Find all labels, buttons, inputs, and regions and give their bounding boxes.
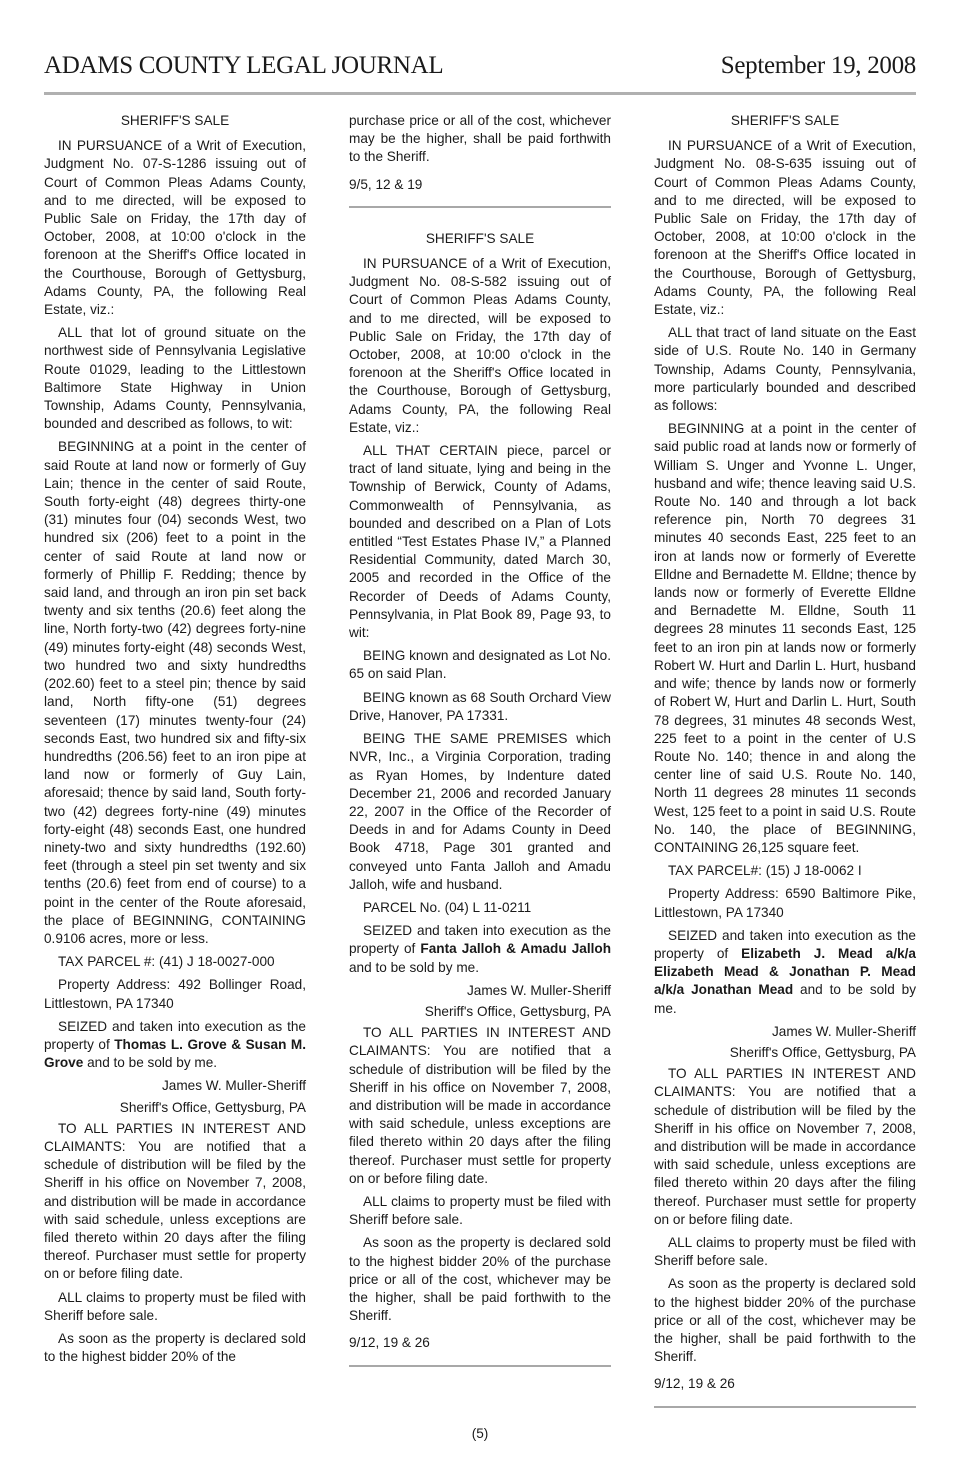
journal-header: ADAMS COUNTY LEGAL JOURNAL September 19,…: [44, 50, 916, 86]
signature-name: James W. Muller-Sheriff: [44, 1077, 306, 1095]
tax-parcel: TAX PARCEL #: (41) J 18-0027-000: [44, 953, 306, 971]
seized-statement: SEIZED and taken into execution as the p…: [349, 922, 611, 977]
publication-dates: 9/5, 12 & 19: [349, 176, 611, 194]
property-address: BEING known as 68 South Orchard View Dri…: [349, 689, 611, 725]
owner-names: Fanta Jalloh & Amadu Jalloh: [420, 941, 611, 956]
tax-parcel: PARCEL No. (04) L 11-0211: [349, 899, 611, 917]
notice-divider: [654, 1406, 916, 1408]
payment-notice: As soon as the property is declared sold…: [349, 1234, 611, 1325]
claims-notice: ALL claims to property must be filed wit…: [44, 1289, 306, 1325]
page-number: (5): [0, 1426, 960, 1441]
journal-title: ADAMS COUNTY LEGAL JOURNAL: [44, 52, 443, 80]
distribution-notice: TO ALL PARTIES IN INTEREST AND CLAIMANTS…: [349, 1024, 611, 1188]
claims-notice: ALL claims to property must be filed wit…: [654, 1234, 916, 1270]
payment-notice: As soon as the property is declared sold…: [654, 1275, 916, 1366]
signature-name: James W. Muller-Sheriff: [349, 982, 611, 1000]
metes-and-bounds: BEGINNING at a point in the center of sa…: [44, 438, 306, 948]
property-description: ALL that lot of ground situate on the no…: [44, 324, 306, 433]
notice-heading: SHERIFF'S SALE: [349, 230, 611, 248]
publication-dates: 9/12, 19 & 26: [349, 1334, 611, 1352]
seized-statement: SEIZED and taken into execution as the p…: [44, 1018, 306, 1073]
seized-statement: SEIZED and taken into execution as the p…: [654, 927, 916, 1018]
signature-office: Sheriff's Office, Gettysburg, PA: [654, 1044, 916, 1062]
title-history: BEING THE SAME PREMISES which NVR, Inc.,…: [349, 730, 611, 894]
tax-parcel: TAX PARCEL#: (15) J 18-0062 I: [654, 862, 916, 880]
writ-paragraph: IN PURSUANCE of a Writ of Execution, Jud…: [654, 137, 916, 319]
property-description: ALL that tract of land situate on the Ea…: [654, 324, 916, 415]
payment-notice-continued: purchase price or all of the cost, which…: [349, 112, 611, 167]
issue-date: September 19, 2008: [721, 52, 916, 80]
metes-and-bounds: BEGINNING at a point in the center of sa…: [654, 420, 916, 857]
lot-designation: BEING known and designated as Lot No. 65…: [349, 647, 611, 683]
publication-dates: 9/12, 19 & 26: [654, 1375, 916, 1393]
payment-notice: As soon as the property is declared sold…: [44, 1330, 306, 1366]
notice-divider: [349, 1365, 611, 1367]
claims-notice: ALL claims to property must be filed wit…: [349, 1193, 611, 1229]
property-description: ALL THAT CERTAIN piece, parcel or tract …: [349, 442, 611, 642]
distribution-notice: TO ALL PARTIES IN INTEREST AND CLAIMANTS…: [654, 1065, 916, 1229]
writ-paragraph: IN PURSUANCE of a Writ of Execution, Jud…: [349, 255, 611, 437]
column-1: SHERIFF'S SALE IN PURSUANCE of a Writ of…: [44, 112, 306, 1371]
signature-office: Sheriff's Office, Gettysburg, PA: [349, 1003, 611, 1021]
signature-name: James W. Muller-Sheriff: [654, 1023, 916, 1041]
notice-heading: SHERIFF'S SALE: [654, 112, 916, 130]
header-divider: [44, 92, 916, 95]
distribution-notice: TO ALL PARTIES IN INTEREST AND CLAIMANTS…: [44, 1120, 306, 1284]
column-2: purchase price or all of the cost, which…: [349, 112, 611, 1389]
notice-divider: [349, 206, 611, 208]
signature-office: Sheriff's Office, Gettysburg, PA: [44, 1099, 306, 1117]
column-3: SHERIFF'S SALE IN PURSUANCE of a Writ of…: [654, 112, 916, 1430]
property-address: Property Address: 6590 Baltimore Pike, L…: [654, 885, 916, 921]
notice-heading: SHERIFF'S SALE: [44, 112, 306, 130]
writ-paragraph: IN PURSUANCE of a Writ of Execution, Jud…: [44, 137, 306, 319]
property-address: Property Address: 492 Bollinger Road, Li…: [44, 976, 306, 1012]
